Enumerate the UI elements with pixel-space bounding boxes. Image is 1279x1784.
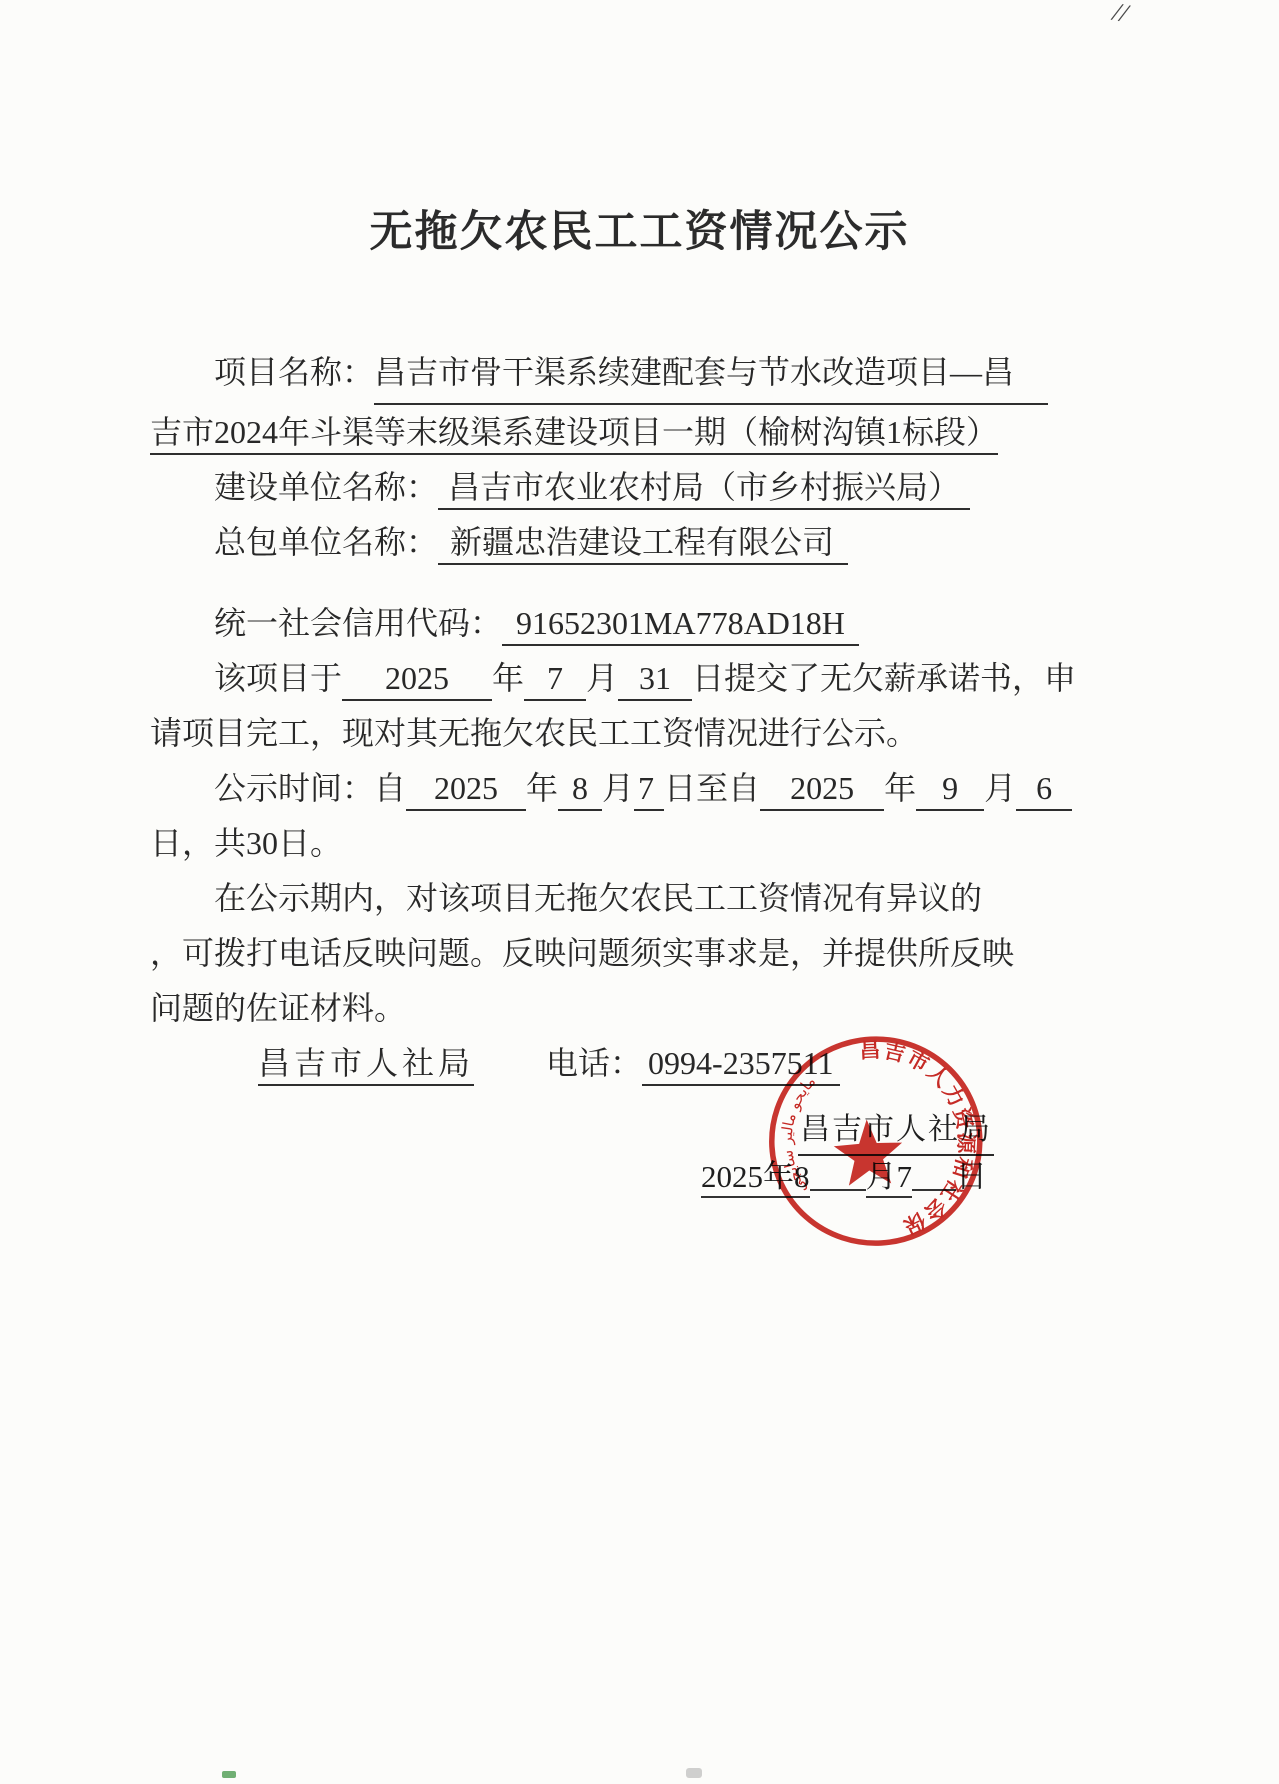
document-page: // 无拖欠农民工工资情况公示 项目名称：昌吉市骨干渠系续建配套与节水改造项目—… xyxy=(0,0,1279,1784)
submission-line2-text: 请项目完工，现对其无拖欠农民工工资情况进行公示。 xyxy=(150,715,918,751)
submission-year-blank: 2025 xyxy=(342,660,492,701)
month-unit-3: 月 xyxy=(984,770,1016,806)
period-start-month-blank: 8 xyxy=(558,770,602,811)
credit-code-line: 统一社会信用代码：91652301MA778AD18H xyxy=(150,596,1048,651)
objection-line1-text: 在公示期内，对该项目无拖欠农民工工资情况有异议的 xyxy=(214,880,982,916)
objection-line-1: 在公示期内，对该项目无拖欠农民工工资情况有异议的 xyxy=(150,871,1048,926)
period-start-day-blank: 7 xyxy=(634,770,664,811)
contractor-line: 总包单位名称：新疆忠浩建设工程有限公司 xyxy=(150,515,1048,570)
credit-code-value: 91652301MA778AD18H xyxy=(502,605,859,646)
footer-agency: 昌吉市人社局 xyxy=(258,1045,474,1086)
builder-label: 建设单位名称： xyxy=(214,469,438,505)
period-end-day-blank: 6 xyxy=(1016,770,1072,811)
objection-line2-text: ，可拨打电话反映问题。反映问题须实事求是，并提供所反映 xyxy=(150,935,1014,971)
project-name-label: 项目名称： xyxy=(214,345,374,405)
submission-line-1: 该项目于2025年7月31日提交了无欠薪承诺书，申 xyxy=(150,651,1048,706)
month-unit-2: 月 xyxy=(602,770,634,806)
period-line2-text: 日，共30日。 xyxy=(150,825,342,861)
contractor-label: 总包单位名称： xyxy=(214,524,438,560)
seal-graphic: 昌吉市人力资源和社会保障局 مايحو مالير سايجى xyxy=(759,1028,996,1262)
period-line-2: 日，共30日。 xyxy=(150,816,1048,871)
document-title: 无拖欠农民工工资情况公示 xyxy=(0,0,1279,259)
period-mid: 日至自 xyxy=(664,770,760,806)
project-name-value-line1: 昌吉市骨干渠系续建配套与节水改造项目—昌 xyxy=(374,345,1048,405)
builder-line: 建设单位名称：昌吉市农业农村局（市乡村振兴局） xyxy=(150,460,1048,515)
year-unit: 年 xyxy=(492,660,524,696)
year-unit-2: 年 xyxy=(526,770,558,806)
submission-day-blank: 31 xyxy=(618,660,692,701)
seal-star xyxy=(832,1118,904,1187)
official-seal: 昌吉市人力资源和社会保障局 مايحو مالير سايجى xyxy=(759,1028,996,1262)
objection-line-3: 问题的佐证材料。 xyxy=(150,981,1048,1036)
document-body: 项目名称：昌吉市骨干渠系续建配套与节水改造项目—昌 吉市2024年斗渠等末级渠系… xyxy=(150,345,1048,1091)
objection-line3-text: 问题的佐证材料。 xyxy=(150,990,406,1026)
contractor-value: 新疆忠浩建设工程有限公司 xyxy=(438,524,848,565)
builder-value: 昌吉市农业农村局（市乡村振兴局） xyxy=(438,469,970,510)
month-unit: 月 xyxy=(586,660,618,696)
credit-code-label: 统一社会信用代码： xyxy=(214,605,502,641)
year-unit-3: 年 xyxy=(884,770,916,806)
period-start-year-blank: 2025 xyxy=(406,770,526,811)
period-prefix: 公示时间：自 xyxy=(214,770,406,806)
submission-prefix: 该项目于 xyxy=(214,660,342,696)
project-name-line-1: 项目名称：昌吉市骨干渠系续建配套与节水改造项目—昌 xyxy=(150,345,1048,405)
scan-artifact-gray xyxy=(686,1768,702,1778)
submission-month-blank: 7 xyxy=(524,660,586,701)
submission-line-2: 请项目完工，现对其无拖欠农民工工资情况进行公示。 xyxy=(150,706,1048,761)
objection-line-2: ，可拨打电话反映问题。反映问题须实事求是，并提供所反映 xyxy=(150,926,1048,981)
project-name-value-line2: 吉市2024年斗渠等末级渠系建设项目一期（榆树沟镇1标段） xyxy=(150,414,998,455)
period-line-1: 公示时间：自2025年8月7日至自2025年9月6 xyxy=(150,761,1048,816)
project-name-line-2: 吉市2024年斗渠等末级渠系建设项目一期（榆树沟镇1标段） xyxy=(150,405,1048,460)
period-end-year-blank: 2025 xyxy=(760,770,884,811)
phone-label: 电话： xyxy=(546,1045,642,1081)
period-end-month-blank: 9 xyxy=(916,770,984,811)
scan-artifact-green xyxy=(222,1771,236,1778)
submission-suffix: 日提交了无欠薪承诺书，申 xyxy=(692,660,1076,696)
